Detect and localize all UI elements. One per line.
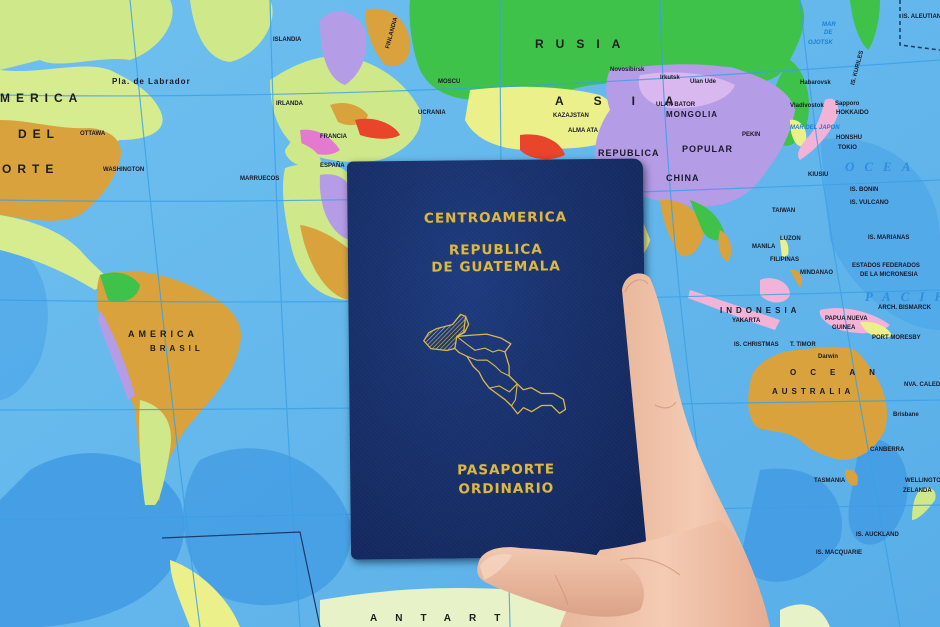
map-label-espana: ESPAÑA bbox=[320, 163, 345, 169]
map-label-washington: WASHINGTON bbox=[103, 167, 144, 173]
map-label-tokio: TOKIO bbox=[838, 145, 857, 151]
map-label-hokkaido: HOKKAIDO bbox=[836, 110, 869, 116]
map-label-novosibirsk: Novosibirsk bbox=[610, 67, 644, 73]
passport-country-line2: DE GUATEMALA bbox=[348, 257, 644, 276]
map-label-china: CHINA bbox=[666, 174, 700, 183]
map-label-guinea: GUINEA bbox=[832, 325, 855, 331]
map-label-manila: MANILA bbox=[752, 244, 775, 250]
passport-country-line1: REPUBLICA bbox=[348, 240, 644, 259]
map-label-rusia: RUSIA bbox=[535, 38, 632, 50]
central-america-map-emblem-icon bbox=[418, 309, 579, 426]
map-label-ucrania: UCRANIA bbox=[418, 110, 446, 116]
map-label-america-norte: MERICA bbox=[0, 92, 83, 104]
map-label-ottawa: OTTAWA bbox=[80, 131, 105, 137]
map-label-macquarie: IS. MACQUARIE bbox=[816, 550, 862, 556]
map-label-aleutianas: IS. ALEUTIANAS bbox=[902, 14, 940, 20]
map-label-canberra: CANBERRA bbox=[870, 447, 904, 453]
map-label-oceano-east: OCEA bbox=[845, 160, 920, 173]
map-label-papua: PAPUA NUEVA bbox=[825, 316, 868, 322]
map-label-mongolia: MONGOLIA bbox=[666, 111, 718, 119]
map-label-republica: REPUBLICA bbox=[598, 149, 660, 158]
map-label-labrador: Pla. de Labrador bbox=[112, 78, 191, 86]
map-label-darwin: Darwin bbox=[818, 354, 838, 360]
map-label-mindanao: MINDANAO bbox=[800, 270, 833, 276]
map-label-francia: FRANCIA bbox=[320, 134, 347, 140]
photo-scene: MERICA DEL ORTE Pla. de Labrador OTTAWA … bbox=[0, 0, 940, 627]
map-label-marianas: IS. MARIANAS bbox=[868, 235, 909, 241]
map-label-sapporo: Sapporo bbox=[835, 101, 859, 107]
map-label-moscu: MOSCU bbox=[438, 79, 460, 85]
map-label-pekin: PEKIN bbox=[742, 132, 760, 138]
map-label-ojotsk: OJOTSK bbox=[808, 40, 833, 46]
map-label-alma-ata: ALMA ATA bbox=[568, 128, 598, 134]
map-label-mar-japon: MAR DEL JAPON bbox=[790, 125, 840, 131]
map-label-islandia: ISLANDIA bbox=[273, 37, 301, 43]
map-label-vladivostok: Vladivostok bbox=[790, 103, 824, 109]
map-label-kazajstan: KAZAJSTAN bbox=[553, 113, 589, 119]
map-label-norte: ORTE bbox=[2, 163, 59, 175]
map-label-honshu: HONSHU bbox=[836, 135, 862, 141]
map-label-america-sur: AMERICA bbox=[128, 330, 198, 339]
map-label-pacifico: PACIFI bbox=[865, 290, 940, 303]
map-label-wellington: WELLINGTON bbox=[905, 478, 940, 484]
map-label-micronesia-2: DE LA MICRONESIA bbox=[860, 272, 918, 278]
map-label-irlanda: IRLANDA bbox=[276, 101, 303, 107]
map-label-tasmania: TASMANIA bbox=[814, 478, 845, 484]
map-label-yakarta: YAKARTA bbox=[732, 318, 760, 324]
passport-type-line1: PASAPORTE bbox=[358, 460, 647, 479]
map-label-ulan-bator: ULAN BATOR bbox=[656, 102, 695, 108]
map-label-luzon: LUZON bbox=[780, 236, 801, 242]
map-label-del-norte: DEL bbox=[18, 128, 60, 140]
map-label-brasil: BRASIL bbox=[150, 345, 204, 353]
map-label-brisbane: Brisbane bbox=[893, 412, 919, 418]
map-label-christmas: IS. CHRISTMAS bbox=[734, 342, 779, 348]
map-label-taiwan: TAIWAN bbox=[772, 208, 795, 214]
map-label-irkutsk: Irkutsk bbox=[660, 75, 680, 81]
passport-header-centroamerica: CENTROAMERICA bbox=[347, 208, 643, 227]
map-label-port-moresby: PORT MORESBY bbox=[872, 335, 921, 341]
passport-type-line2: ORDINARIO bbox=[358, 479, 647, 498]
map-label-timor: T. TIMOR bbox=[790, 342, 816, 348]
map-label-micronesia-1: ESTADOS FEDERADOS bbox=[852, 263, 920, 269]
map-label-bonin: IS. BONIN bbox=[850, 187, 878, 193]
map-label-kiusiu: KIUSIU bbox=[808, 172, 828, 178]
map-label-australia: AUSTRALIA bbox=[772, 388, 854, 396]
map-label-nva-caledonia: NVA. CALEDONIA bbox=[904, 382, 940, 388]
map-label-oceania: OCEAN bbox=[790, 369, 889, 377]
map-label-bismarck: ARCH. BISMARCK bbox=[878, 305, 931, 311]
map-label-indonesia: INDONESIA bbox=[720, 307, 800, 315]
map-label-auckland: IS. AUCKLAND bbox=[856, 532, 899, 538]
map-label-de: DE bbox=[824, 30, 832, 36]
map-label-ulan-ude: Ulan Ude bbox=[690, 79, 716, 85]
map-label-filipinas: FILIPINAS bbox=[770, 257, 799, 263]
map-label-mar: MAR bbox=[822, 22, 836, 28]
map-label-popular: POPULAR bbox=[682, 145, 733, 154]
guatemala-passport: CENTROAMERICA REPUBLICA DE GUATEMALA PAS… bbox=[347, 158, 647, 559]
map-label-antartida: ANTART bbox=[370, 614, 518, 624]
map-label-zelanda: ZELANDA bbox=[903, 488, 932, 494]
map-label-vulcano: IS. VULCANO bbox=[850, 200, 889, 206]
map-label-habarovsk: Habarovsk bbox=[800, 80, 831, 86]
